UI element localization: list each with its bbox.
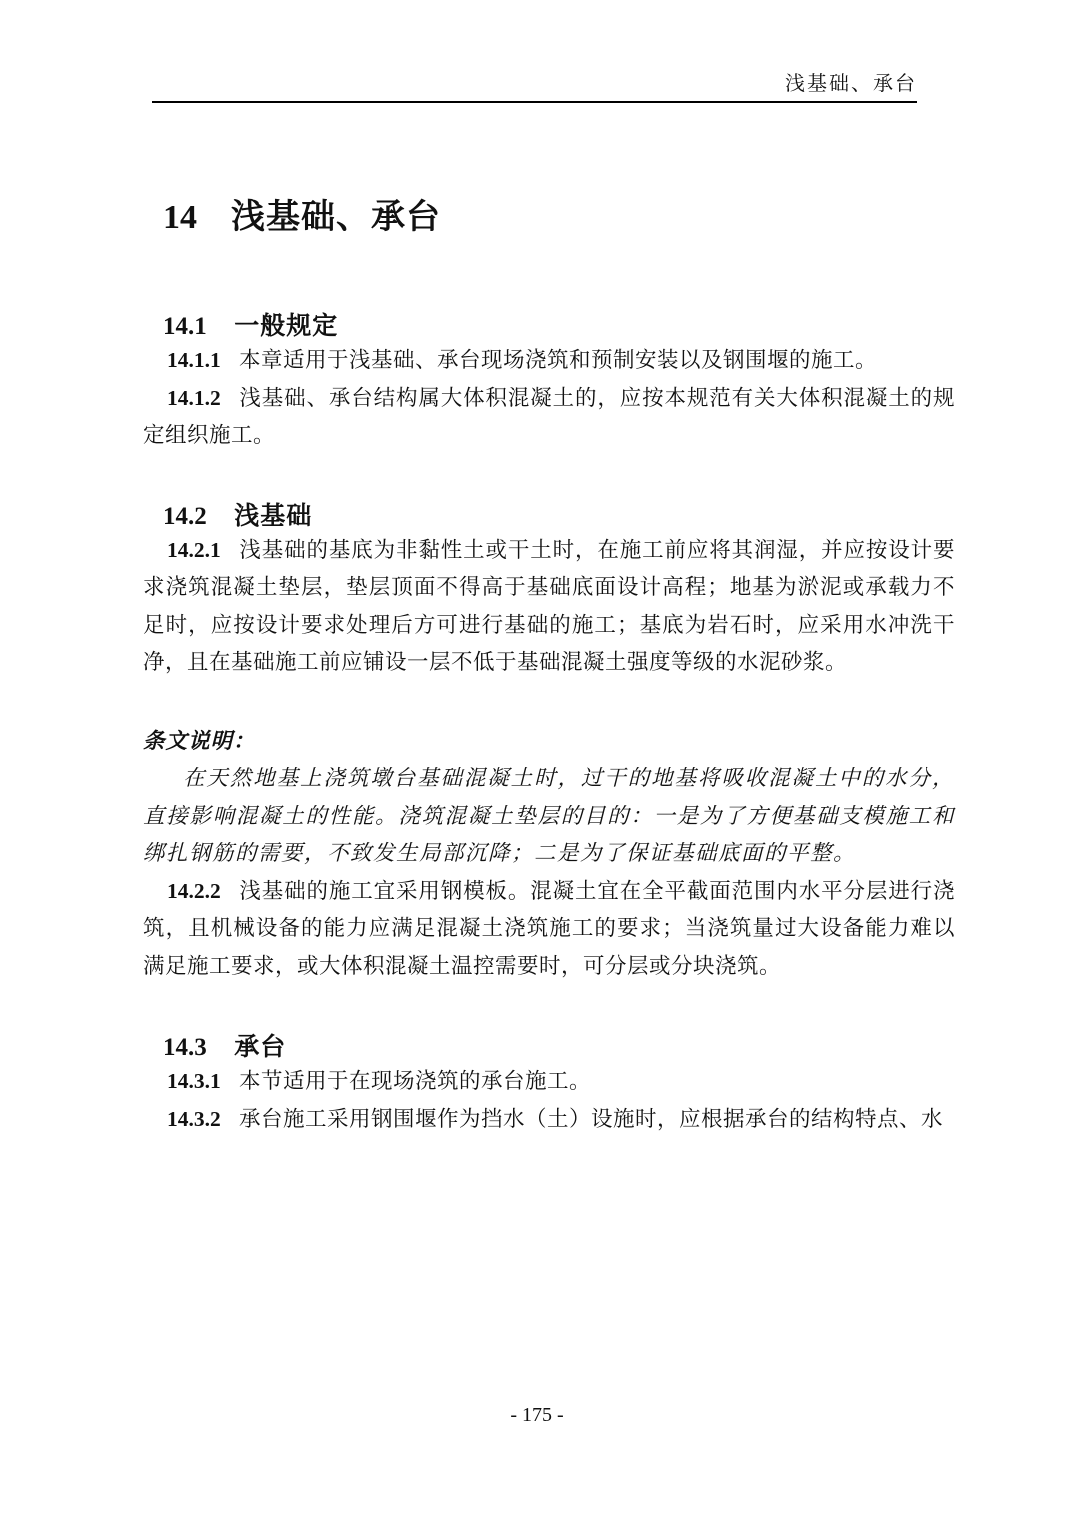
section-number: 14.1 <box>163 313 207 340</box>
section-heading-14-2: 14.2浅基础 <box>143 501 955 532</box>
page-number: - 175 - <box>0 1402 1074 1428</box>
document-body: 14浅基础、承台 14.1一般规定 14.1.1本章适用于浅基础、承台现场浇筑和… <box>143 0 955 1138</box>
document-page: 浅基础、承台 14浅基础、承台 14.1一般规定 14.1.1本章适用于浅基础、… <box>0 0 1074 1520</box>
section-title-text: 浅基础 <box>234 502 312 530</box>
clause-text: 浅基础的基底为非黏性土或干土时，在施工前应将其润湿，并应按设计要求浇筑混凝土垫层… <box>143 538 955 675</box>
chapter-number: 14 <box>163 199 197 236</box>
clause-14-2-1: 14.2.1浅基础的基底为非黏性土或干土时，在施工前应将其润湿，并应按设计要求浇… <box>143 532 955 682</box>
clause-number: 14.2.2 <box>167 879 221 903</box>
clause-text: 浅基础、承台结构属大体积混凝土的，应按本规范有关大体积混凝土的规定组织施工。 <box>143 386 955 448</box>
clause-text: 本章适用于浅基础、承台现场浇筑和预制安装以及钢围堰的施工。 <box>239 348 877 372</box>
clause-text: 浅基础的施工宜采用钢模板。混凝土宜在全平截面范围内水平分层进行浇筑，且机械设备的… <box>143 879 955 978</box>
chapter-title-text: 浅基础、承台 <box>231 199 441 236</box>
section-title-text: 承台 <box>234 1033 286 1061</box>
section-heading-14-3: 14.3承台 <box>143 1032 955 1063</box>
clause-14-1-2: 14.1.2浅基础、承台结构属大体积混凝土的，应按本规范有关大体积混凝土的规定组… <box>143 380 955 455</box>
section-title-text: 一般规定 <box>234 312 338 340</box>
commentary-text: 在天然地基上浇筑墩台基础混凝土时，过干的地基将吸收混凝土中的水分，直接影响混凝土… <box>143 760 955 873</box>
commentary-label: 条文说明： <box>143 723 955 761</box>
clause-14-3-2: 14.3.2承台施工采用钢围堰作为挡水（土）设施时，应根据承台的结构特点、水 <box>143 1101 955 1139</box>
clause-14-1-1: 14.1.1本章适用于浅基础、承台现场浇筑和预制安装以及钢围堰的施工。 <box>143 342 955 380</box>
clause-number: 14.3.1 <box>167 1069 221 1093</box>
section-number: 14.2 <box>163 503 207 530</box>
clause-14-2-2: 14.2.2浅基础的施工宜采用钢模板。混凝土宜在全平截面范围内水平分层进行浇筑，… <box>143 873 955 986</box>
clause-text: 承台施工采用钢围堰作为挡水（土）设施时，应根据承台的结构特点、水 <box>239 1107 943 1131</box>
clause-text: 本节适用于在现场浇筑的承台施工。 <box>239 1069 591 1093</box>
clause-number: 14.3.2 <box>167 1107 221 1131</box>
section-heading-14-1: 14.1一般规定 <box>143 311 955 342</box>
clause-number: 14.2.1 <box>167 538 221 562</box>
clause-number: 14.1.2 <box>167 386 221 410</box>
clause-14-3-1: 14.3.1本节适用于在现场浇筑的承台施工。 <box>143 1063 955 1101</box>
section-number: 14.3 <box>163 1034 207 1061</box>
chapter-heading: 14浅基础、承台 <box>143 198 955 238</box>
clause-number: 14.1.1 <box>167 348 221 372</box>
